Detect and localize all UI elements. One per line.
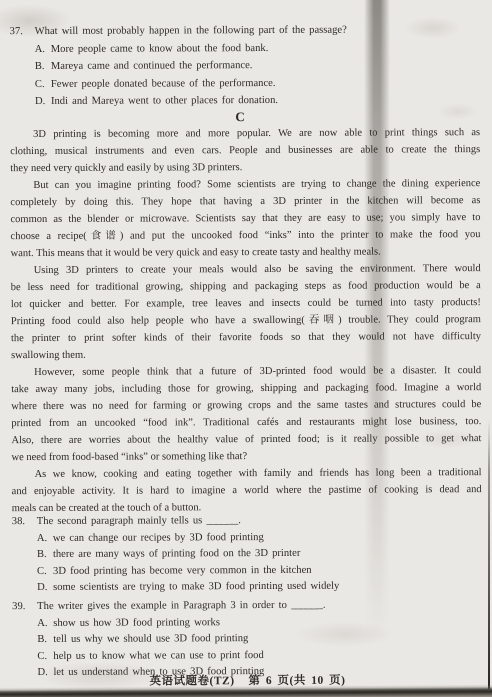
passage-line: completely by doing this. They hope that… xyxy=(10,192,480,211)
question-39-stem: 39.The writer gives the example in Parag… xyxy=(12,597,482,616)
page-content: 37.What will most probably happen in the… xyxy=(0,0,492,697)
passage-line: swallowing them. xyxy=(11,345,481,364)
question-text: The second paragraph mainly tells us ___… xyxy=(37,515,241,527)
passage-line: common as the blender or microwave. Scie… xyxy=(10,209,480,228)
option-text: there are many ways of printing food on … xyxy=(53,548,300,560)
passage-line: want. This means that it would be very q… xyxy=(11,243,481,262)
option-text: Fewer people donated because of the perf… xyxy=(51,78,276,90)
reading-passage: 3D printing is becoming more and more po… xyxy=(10,124,482,517)
question-37-block: 37.What will most probably happen in the… xyxy=(10,21,480,111)
option-label: B. xyxy=(37,632,53,649)
option-label: B. xyxy=(37,547,53,564)
question-37-option-c: C.Fewer people donated because of the pe… xyxy=(10,74,480,94)
option-text: Indi and Mareya went to other places for… xyxy=(51,95,278,107)
passage-paragraph-5: As we know, cooking and eating together … xyxy=(12,464,482,517)
question-39-option-c: C.help us to know what we can use to pri… xyxy=(12,647,482,666)
passage-line: we need from food-based “inks” or someth… xyxy=(11,447,481,466)
question-text: The writer gives the example in Paragrap… xyxy=(37,600,325,612)
passage-line: where there was no need for farming or g… xyxy=(11,396,481,415)
option-label: C. xyxy=(37,563,53,580)
passage-line: be less need for traditional growing, sh… xyxy=(11,277,481,296)
passage-paragraph-2: But can you imagine printing food? Some … xyxy=(10,175,480,262)
question-38-option-d: D.some scientists are trying to make 3D … xyxy=(12,578,482,597)
option-label: D. xyxy=(37,580,53,597)
question-38-block: 38.The second paragraph mainly tells us … xyxy=(12,512,482,597)
option-text: Mareya came and continued the performanc… xyxy=(51,60,253,72)
page-footer: 英语试题卷(TZ)第 6 页(共 10 页) xyxy=(1,671,492,689)
exam-title: 英语试题卷(TZ) xyxy=(149,675,234,687)
passage-line: the printer to print softer kinds of the… xyxy=(11,328,481,347)
passage-line: clothing, musical instruments and even c… xyxy=(10,141,480,160)
question-37-option-b: B.Mareya came and continued the performa… xyxy=(10,56,480,76)
question-38-option-c: C.3D food printing has become very commo… xyxy=(12,562,482,581)
question-38-stem: 38.The second paragraph mainly tells us … xyxy=(12,512,482,531)
option-label: C. xyxy=(37,648,53,665)
option-text: tell us why we should use 3D food printi… xyxy=(53,633,248,645)
passage-line: lot quicker and better. For example, tre… xyxy=(11,294,481,313)
page-number: 第 6 页(共 10 页) xyxy=(248,675,345,687)
option-text: we can change our recipes by 3D food pri… xyxy=(53,532,264,544)
option-label: C. xyxy=(35,76,51,94)
passage-paragraph-1: 3D printing is becoming more and more po… xyxy=(10,124,480,177)
option-label: A. xyxy=(37,530,53,547)
option-text: show us how 3D food printing works xyxy=(53,617,220,629)
passage-line: But can you imagine printing food? Some … xyxy=(10,175,480,194)
question-38-option-a: A.we can change our recipes by 3D food p… xyxy=(12,529,482,548)
passage-line: Using 3D printers to create your meals w… xyxy=(11,260,481,279)
question-number: 39. xyxy=(12,599,37,616)
question-37-stem: 37.What will most probably happen in the… xyxy=(10,21,480,41)
option-label: A. xyxy=(35,41,51,59)
passage-line: Also, there are worries about the health… xyxy=(11,430,481,449)
passage-line: However, some people think that a future… xyxy=(11,362,481,381)
passage-paragraph-4: However, some people think that a future… xyxy=(11,362,481,466)
passage-line: choose a recipe(食谱) and put the uncooked… xyxy=(11,226,481,245)
question-39-block: 39.The writer gives the example in Parag… xyxy=(12,597,482,682)
passage-paragraph-3: Using 3D printers to create your meals w… xyxy=(11,260,481,364)
question-38-option-b: B.there are many ways of printing food o… xyxy=(12,545,482,564)
passage-line: and enjoyable activity. It is hard to im… xyxy=(12,481,482,500)
option-text: More people came to know about the food … xyxy=(51,43,269,55)
option-text: 3D food printing has become very common … xyxy=(53,564,312,576)
passage-line: they need very quickly and easily by usi… xyxy=(10,158,480,177)
passage-line: Printing food could also help people who… xyxy=(11,311,481,330)
question-number: 38. xyxy=(12,514,37,531)
question-39-option-b: B.tell us why we should use 3D food prin… xyxy=(12,630,482,649)
question-37-option-a: A.More people came to know about the foo… xyxy=(10,39,480,59)
passage-line: As we know, cooking and eating together … xyxy=(12,464,482,483)
question-number: 37. xyxy=(10,23,35,41)
option-label: D. xyxy=(35,93,51,111)
passage-line: 3D printing is becoming more and more po… xyxy=(10,124,480,143)
option-text: some scientists are trying to make 3D fo… xyxy=(53,581,339,593)
question-text: What will most probably happen in the fo… xyxy=(35,25,347,37)
scanned-exam-page: 37.What will most probably happen in the… xyxy=(0,0,492,697)
passage-line: printed from an uncooked “food ink”. Tra… xyxy=(11,413,481,432)
option-label: B. xyxy=(35,58,51,76)
passage-line: take away many jobs, including those for… xyxy=(11,379,481,398)
question-39-option-a: A.show us how 3D food printing works xyxy=(12,614,482,633)
option-text: help us to know what we can use to print… xyxy=(53,650,263,662)
option-label: A. xyxy=(37,615,53,632)
